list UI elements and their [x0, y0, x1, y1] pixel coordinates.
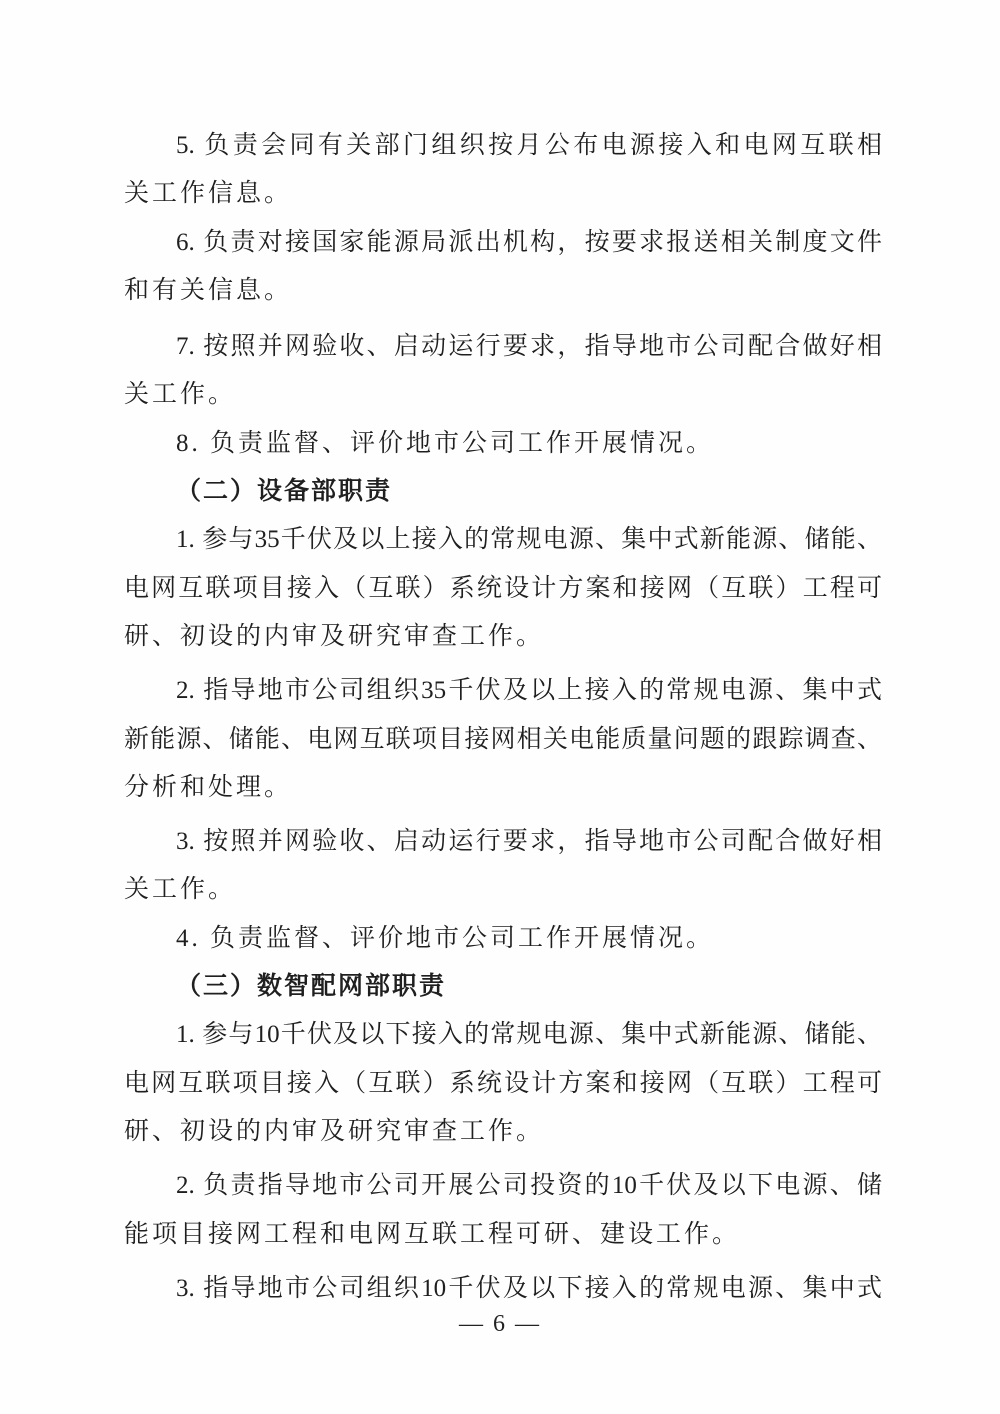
sec2-list-item-2: 2. 指导地市公司组织35千伏及以上接入的常规电源、集中式 新能源、储能、电网互… [124, 667, 882, 812]
text-line: 和有关信息。 [124, 267, 882, 315]
text-line: 1. 参与10千伏及以下接入的常规电源、集中式新能源、储能、 [124, 1011, 882, 1059]
list-item-6: 6. 负责对接国家能源局派出机构，按要求报送相关制度文件 和有关信息。 [124, 219, 882, 316]
text-line: 能项目接网工程和电网互联工程可研、建设工作。 [124, 1211, 882, 1259]
text-line: 分析和处理。 [124, 764, 882, 812]
section-heading-text: （三）数智配网部职责 [124, 963, 882, 1011]
text-line: 研、初设的内审及研究审查工作。 [124, 613, 882, 661]
list-item-5: 5. 负责会同有关部门组织按月公布电源接入和电网互联相 关工作信息。 [124, 122, 882, 219]
text-line: 关工作。 [124, 371, 882, 419]
text-line: 3. 按照并网验收、启动运行要求，指导地市公司配合做好相 [124, 818, 882, 866]
page-footer: — 6 — [0, 1300, 1000, 1348]
text-line: 电网互联项目接入（互联）系统设计方案和接网（互联）工程可 [124, 565, 882, 613]
text-line: 关工作。 [124, 866, 882, 914]
document-body: 5. 负责会同有关部门组织按月公布电源接入和电网互联相 关工作信息。 6. 负责… [124, 122, 882, 1313]
sec2-list-item-1: 1. 参与35千伏及以上接入的常规电源、集中式新能源、储能、 电网互联项目接入（… [124, 516, 882, 661]
section-heading-text: （二）设备部职责 [124, 468, 882, 516]
text-line: 2. 指导地市公司组织35千伏及以上接入的常规电源、集中式 [124, 667, 882, 715]
text-line: 1. 参与35千伏及以上接入的常规电源、集中式新能源、储能、 [124, 516, 882, 564]
page-number: — 6 — [459, 1311, 541, 1337]
text-line: 5. 负责会同有关部门组织按月公布电源接入和电网互联相 [124, 122, 882, 170]
text-line: 6. 负责对接国家能源局派出机构，按要求报送相关制度文件 [124, 219, 882, 267]
text-line: 4. 负责监督、评价地市公司工作开展情况。 [124, 915, 882, 963]
sec3-list-item-2: 2. 负责指导地市公司开展公司投资的10千伏及以下电源、储 能项目接网工程和电网… [124, 1162, 882, 1259]
text-line: 7. 按照并网验收、启动运行要求，指导地市公司配合做好相 [124, 323, 882, 371]
sec2-list-item-3: 3. 按照并网验收、启动运行要求，指导地市公司配合做好相 关工作。 [124, 818, 882, 915]
section-heading-digital-distribution-dept: （三）数智配网部职责 [124, 963, 882, 1011]
text-line: 新能源、储能、电网互联项目接网相关电能质量问题的跟踪调查、 [124, 716, 882, 764]
text-line: 关工作信息。 [124, 170, 882, 218]
list-item-8: 8. 负责监督、评价地市公司工作开展情况。 [124, 420, 882, 468]
text-line: 研、初设的内审及研究审查工作。 [124, 1108, 882, 1156]
section-heading-equipment-dept: （二）设备部职责 [124, 468, 882, 516]
list-item-7: 7. 按照并网验收、启动运行要求，指导地市公司配合做好相 关工作。 [124, 323, 882, 420]
sec2-list-item-4: 4. 负责监督、评价地市公司工作开展情况。 [124, 915, 882, 963]
text-line: 2. 负责指导地市公司开展公司投资的10千伏及以下电源、储 [124, 1162, 882, 1210]
document-page: 5. 负责会同有关部门组织按月公布电源接入和电网互联相 关工作信息。 6. 负责… [0, 0, 1000, 1414]
text-line: 电网互联项目接入（互联）系统设计方案和接网（互联）工程可 [124, 1060, 882, 1108]
sec3-list-item-1: 1. 参与10千伏及以下接入的常规电源、集中式新能源、储能、 电网互联项目接入（… [124, 1011, 882, 1156]
text-line: 8. 负责监督、评价地市公司工作开展情况。 [124, 420, 882, 468]
